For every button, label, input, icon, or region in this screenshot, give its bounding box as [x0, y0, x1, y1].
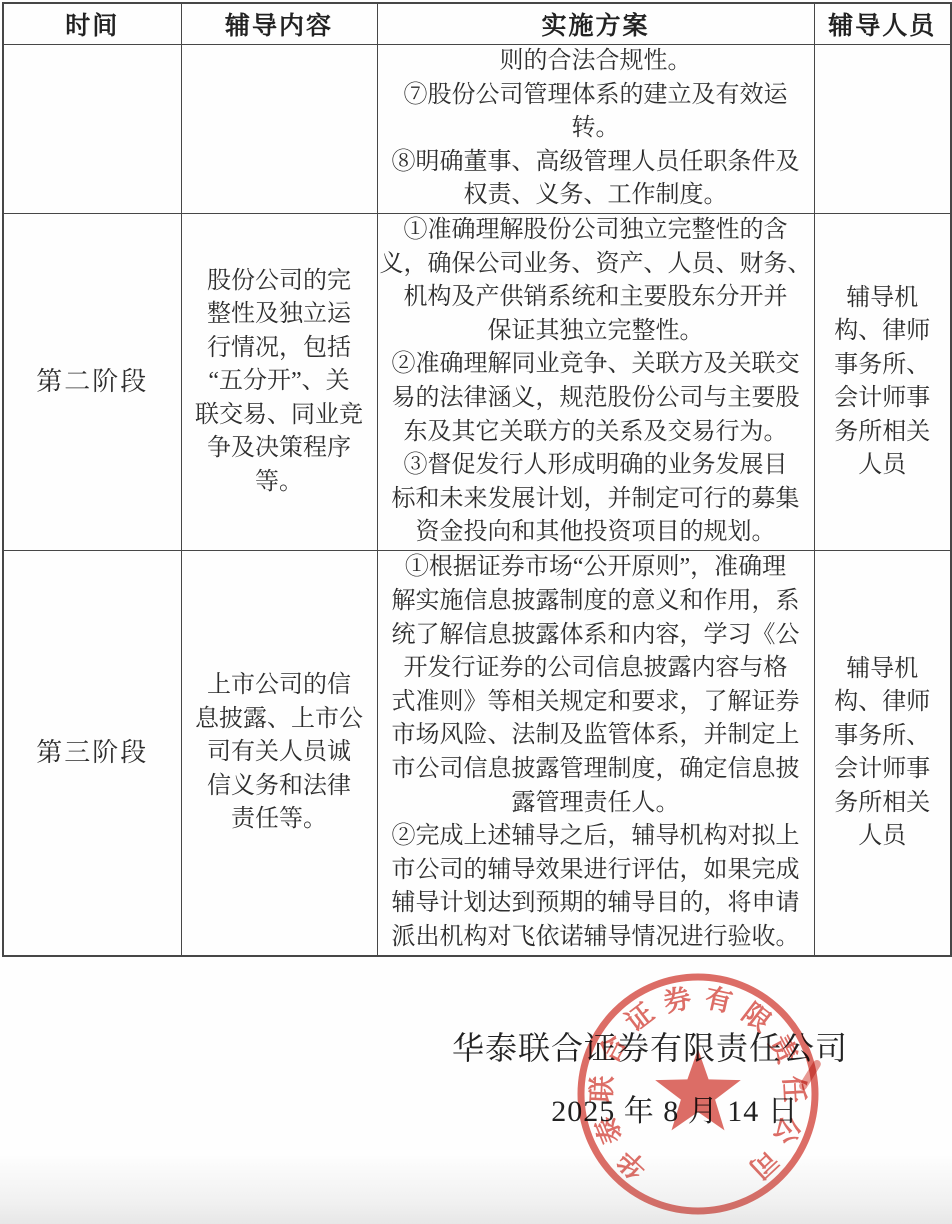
header-content: 辅导内容: [181, 3, 377, 45]
table-header-row: 时间 辅导内容 实施方案 辅导人员: [3, 3, 951, 45]
cell-staff-text: 辅导机构、律师事务所、会计师事务所相关人员: [817, 282, 949, 483]
table-row: 则的合法合规性。⑦股份公司管理体系的建立及有效运转。⑧明确董事、高级管理人员任职…: [3, 45, 951, 214]
cell-implementation: 则的合法合规性。⑦股份公司管理体系的建立及有效运转。⑧明确董事、高级管理人员任职…: [377, 45, 814, 214]
seal-star-icon: [655, 1049, 741, 1130]
table-row: 第二阶段股份公司的完整性及独立运行情况，包括“五分开”、关联交易、同业竞争及决策…: [3, 214, 951, 551]
cell-staff: 辅导机构、律师事务所、会计师事务所相关人员: [814, 551, 951, 957]
document-page: 时间 辅导内容 实施方案 辅导人员 则的合法合规性。⑦股份公司管理体系的建立及有…: [0, 0, 952, 1224]
cell-staff: 辅导机构、律师事务所、会计师事务所相关人员: [814, 214, 951, 551]
cell-implementation: ①根据证券市场“公开原则”，准确理解实施信息披露制度的意义和作用，系统了解信息披…: [377, 551, 814, 957]
seal-rim-char: 券: [661, 983, 694, 1018]
cell-coaching-content-text: 上市公司的信息披露、上市公司有关人员诚信义务和法律责任等。: [184, 669, 375, 837]
cell-time: [3, 45, 181, 214]
coaching-schedule-table: 时间 辅导内容 实施方案 辅导人员 则的合法合规性。⑦股份公司管理体系的建立及有…: [2, 2, 952, 957]
cell-staff-text: 辅导机构、律师事务所、会计师事务所相关人员: [817, 653, 949, 854]
seal-rim-char: 联: [586, 1075, 617, 1103]
header-implementation: 实施方案: [377, 3, 814, 45]
cell-implementation-text: ①准确理解股份公司独立完整性的含义，确保公司业务、资产、人员、财务、机构及产供销…: [380, 214, 812, 550]
cell-time-text: 第三阶段: [6, 736, 179, 770]
company-seal: 华泰联合证券有限责任公司: [568, 964, 828, 1224]
seal-rim-char: 公: [768, 1112, 806, 1148]
header-time: 时间: [3, 3, 181, 45]
cell-time: 第二阶段: [3, 214, 181, 551]
schedule-table-body: 则的合法合规性。⑦股份公司管理体系的建立及有效运转。⑧明确董事、高级管理人员任职…: [3, 45, 951, 957]
table-row: 第三阶段上市公司的信息披露、上市公司有关人员诚信义务和法律责任等。①根据证券市场…: [3, 551, 951, 957]
header-staff: 辅导人员: [814, 3, 951, 45]
cell-coaching-content: [181, 45, 377, 214]
cell-coaching-content: 上市公司的信息披露、上市公司有关人员诚信义务和法律责任等。: [181, 551, 377, 957]
cell-staff: [814, 45, 951, 214]
cell-time: 第三阶段: [3, 551, 181, 957]
cell-coaching-content-text: 股份公司的完整性及独立运行情况，包括“五分开”、关联交易、同业竞争及决策程序等。: [184, 265, 375, 500]
cell-coaching-content: 股份公司的完整性及独立运行情况，包括“五分开”、关联交易、同业竞争及决策程序等。: [181, 214, 377, 551]
cell-time-text: 第二阶段: [6, 365, 179, 399]
seal-rim-char: 有: [702, 983, 735, 1018]
cell-implementation-text: 则的合法合规性。⑦股份公司管理体系的建立及有效运转。⑧明确董事、高级管理人员任职…: [380, 45, 812, 213]
cell-implementation-text: ①根据证券市场“公开原则”，准确理解实施信息披露制度的意义和作用，系统了解信息披…: [380, 551, 812, 954]
cell-implementation: ①准确理解股份公司独立完整性的含义，确保公司业务、资产、人员、财务、机构及产供销…: [377, 214, 814, 551]
